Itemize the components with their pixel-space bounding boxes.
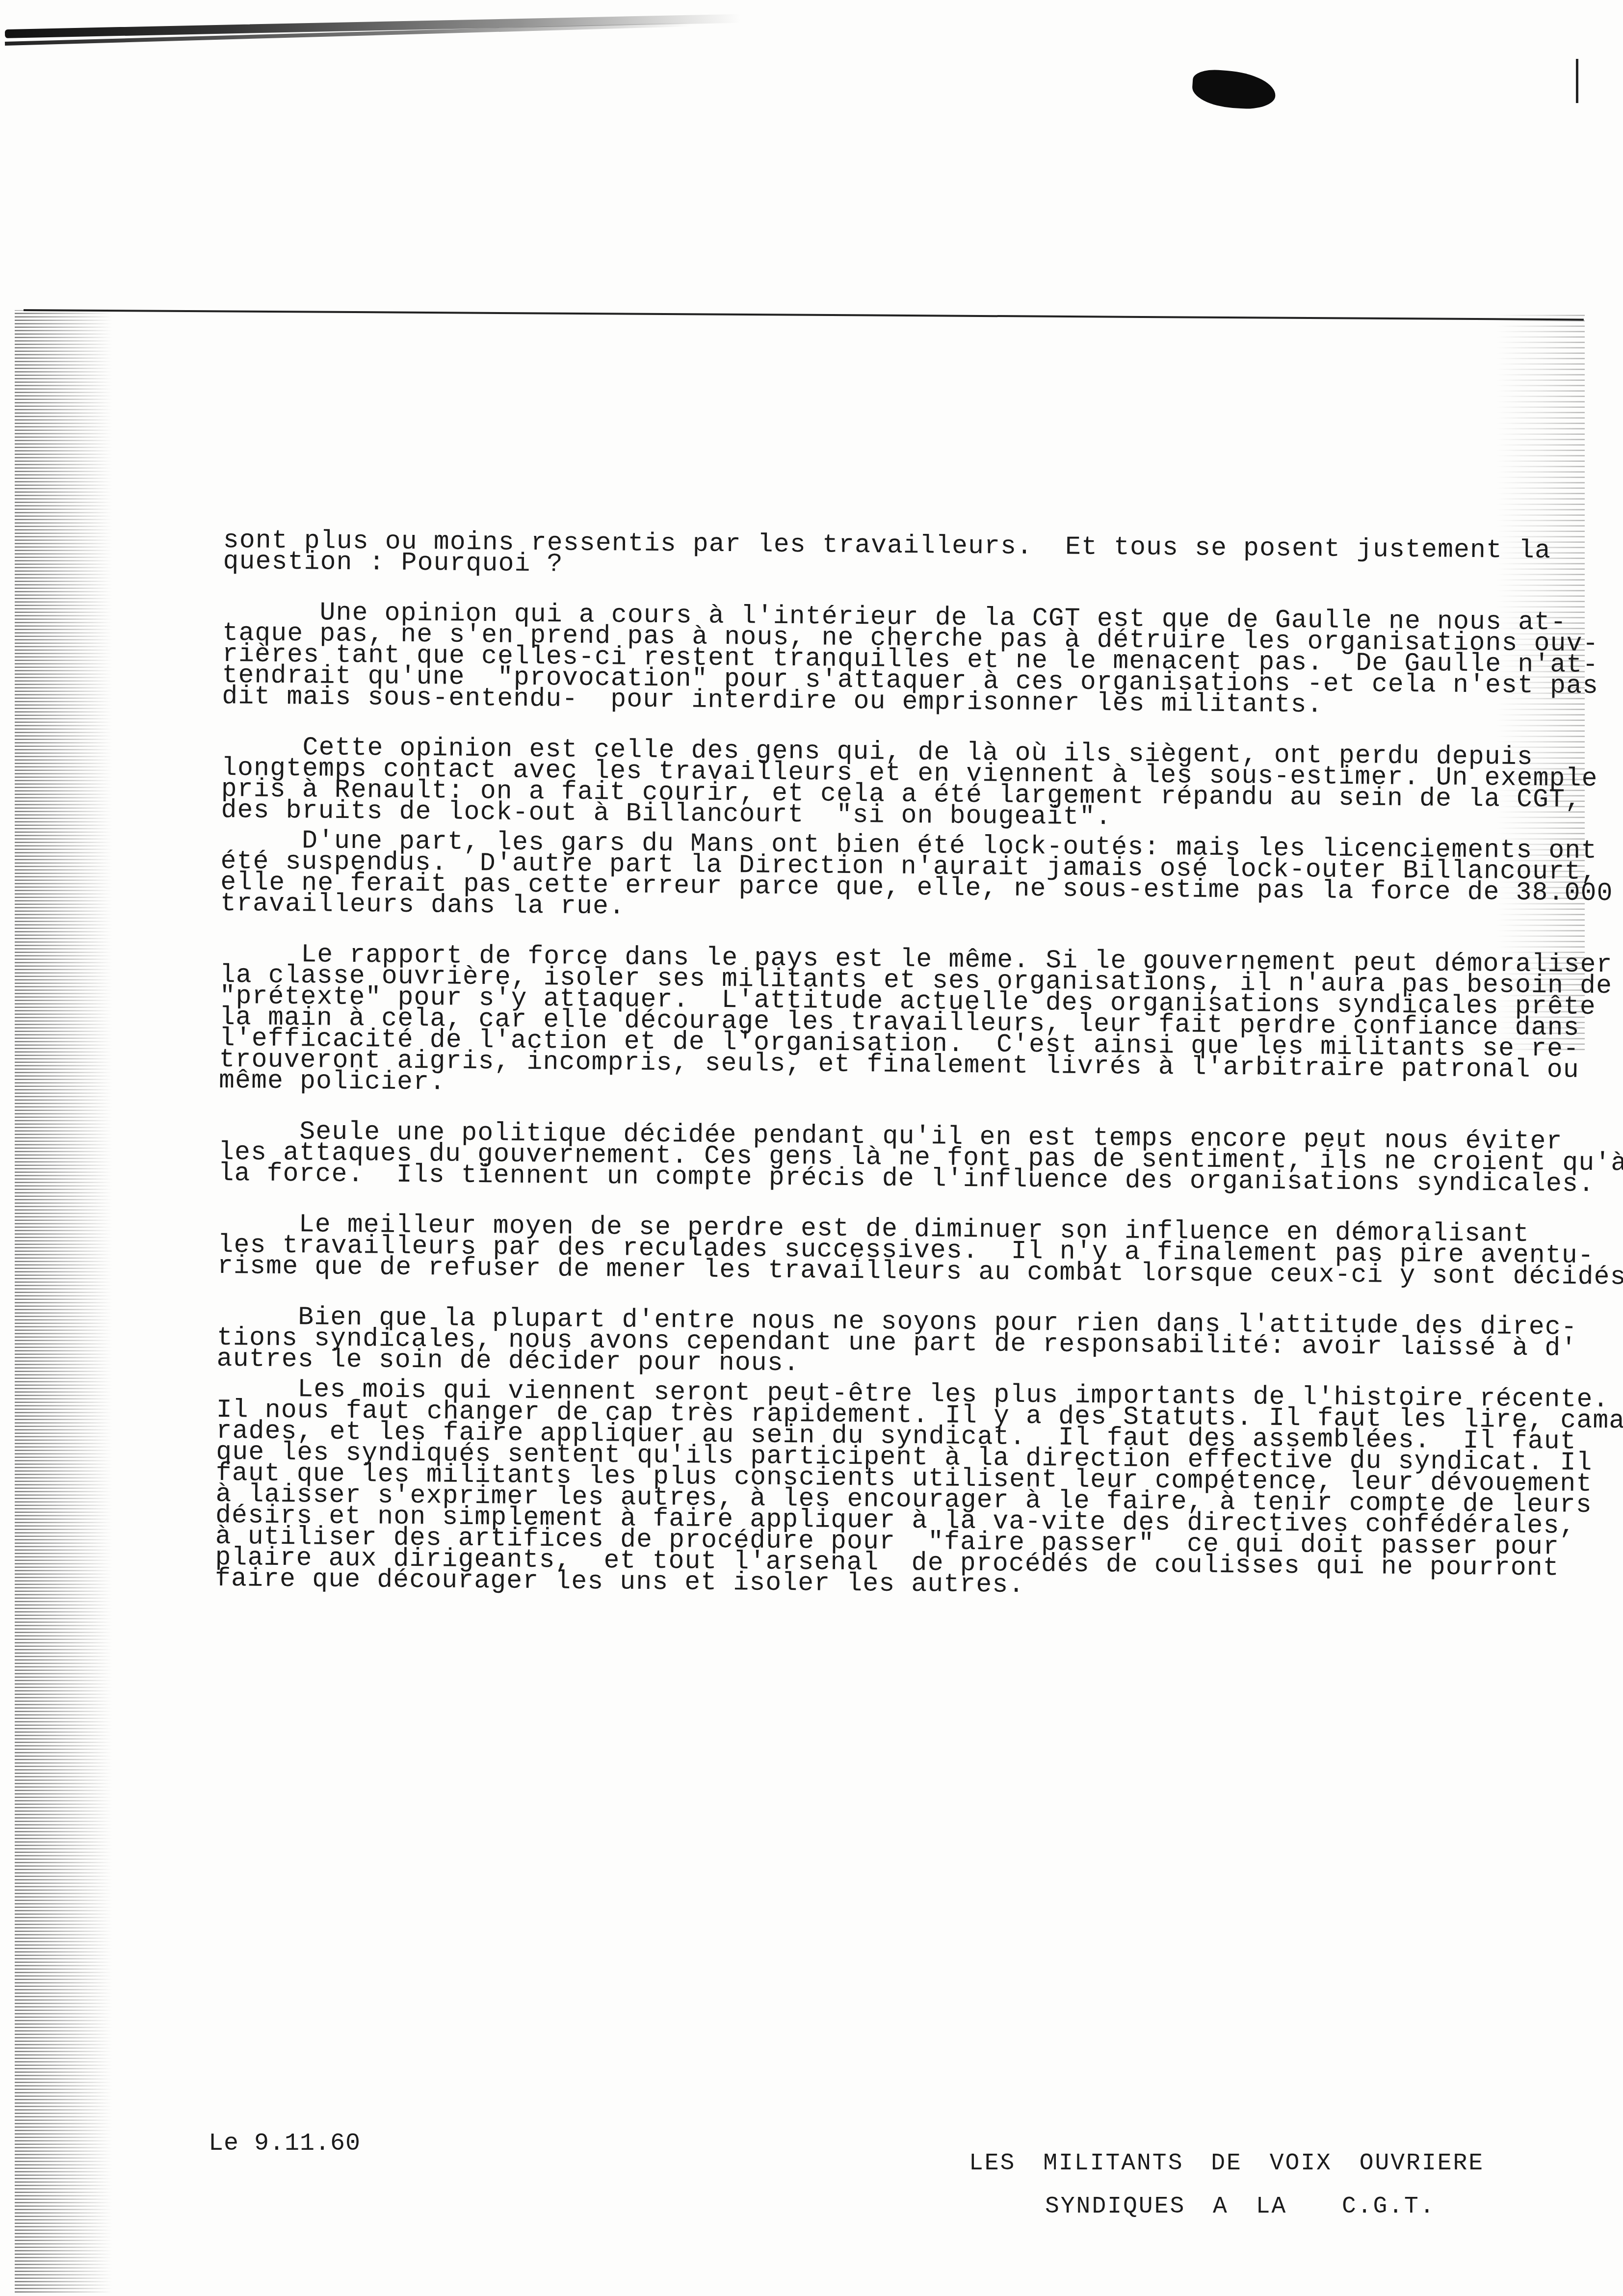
margin-mark <box>1576 59 1578 103</box>
text-line: risme que de refuser de mener les travai… <box>217 1256 1562 1288</box>
signature-line: LES MILITANTS DE VOIX OUVRIERE <box>969 2142 1484 2185</box>
paragraph: Une opinion qui a cours à l'intérieur de… <box>222 602 1567 718</box>
paragraph: Cette opinion est celle des gens qui, de… <box>221 737 1566 832</box>
paragraph: Seule une politique décidée pendant qu'i… <box>218 1121 1563 1195</box>
signature-block: LES MILITANTS DE VOIX OUVRIERE SYNDIQUES… <box>969 2142 1484 2228</box>
document-date: Le 9.11.60 <box>209 2130 361 2158</box>
ink-blot-mark <box>1191 68 1277 111</box>
paragraph: Le rapport de force dans le pays est le … <box>219 944 1564 1102</box>
paragraph: sont plus ou moins ressentis par les tra… <box>223 530 1568 583</box>
paragraph: Les mois qui viennent seront peut-être l… <box>215 1378 1561 1600</box>
photocopy-edge <box>24 309 1584 320</box>
paragraph: Bien que la plupart d'entre nous ne soyo… <box>217 1306 1562 1380</box>
paragraph: Le meilleur moyen de se perdre est de di… <box>217 1214 1562 1288</box>
paragraph: D'une part, les gars du Mans ont bien ét… <box>220 830 1565 925</box>
document-body: sont plus ou moins ressentis par les tra… <box>215 530 1568 1600</box>
scanned-page: sont plus ou moins ressentis par les tra… <box>0 0 1623 2296</box>
text-line: la force. Ils tiennent un compte précis … <box>218 1163 1563 1195</box>
signature-line: SYNDIQUES A LA C.G.T. <box>969 2185 1484 2228</box>
photocopy-noise-left <box>15 310 113 2293</box>
